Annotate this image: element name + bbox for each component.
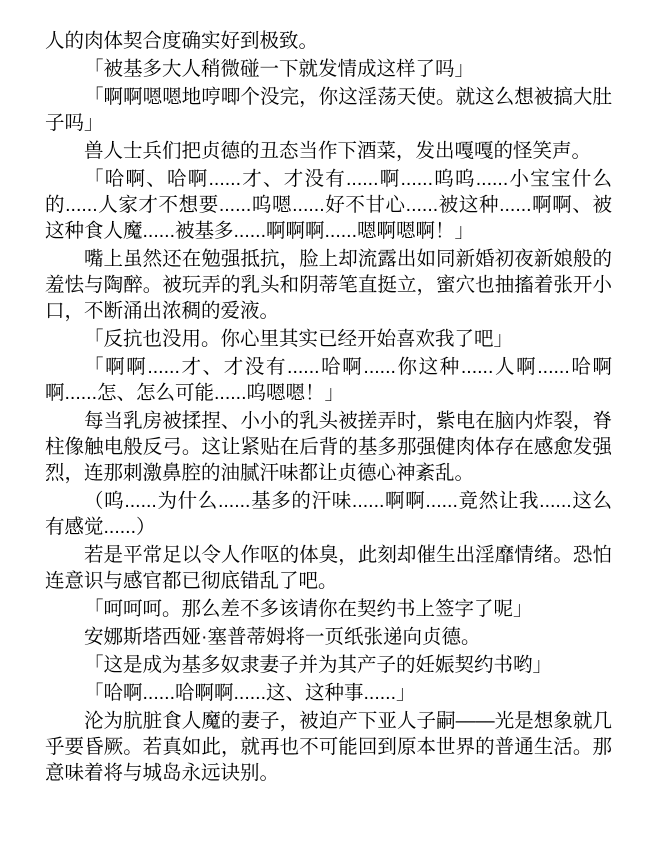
paragraph-thought: （呜......为什么......基多的汗味......啊啊......竟然让我…: [45, 488, 612, 540]
paragraph-dialogue: 「啊啊嗯嗯地哼唧个没完，你这淫荡天使。就这么想被搞大肚子吗」: [45, 84, 612, 136]
paragraph-dialogue: 「哈啊......哈啊啊......这、这种事......」: [45, 680, 612, 706]
paragraph-dialogue: 「反抗也没用。你心里其实已经开始喜欢我了吧」: [45, 326, 612, 352]
paragraph-dialogue: 「哈啊、哈啊......才、才没有......啊......呜呜......小宝…: [45, 166, 612, 244]
paragraph-dialogue: 「这是成为基多奴隶妻子并为其产子的妊娠契约书哟」: [45, 652, 612, 678]
paragraph-narration: 若是平常足以令人作呕的体臭，此刻却催生出淫靡情绪。恐怕连意识与感官都已彻底错乱了…: [45, 542, 612, 594]
paragraph-narration: 嘴上虽然还在勉强抵抗，脸上却流露出如同新婚初夜新娘般的羞怯与陶醉。被玩弄的乳头和…: [45, 246, 612, 324]
paragraph-narration: 安娜斯塔西娅·塞普蒂姆将一页纸张递向贞德。: [45, 624, 612, 650]
paragraph-narration: 每当乳房被揉捏、小小的乳头被搓弄时，紫电在脑内炸裂，脊柱像触电般反弓。这让紧贴在…: [45, 408, 612, 486]
paragraph-narration: 人的肉体契合度确实好到极致。: [45, 28, 612, 54]
text-column: 人的肉体契合度确实好到极致。「被基多大人稍微碰一下就发情成这样了吗」「啊啊嗯嗯地…: [45, 28, 612, 786]
paragraph-dialogue: 「啊啊......才、才没有......哈啊......你这种......人啊.…: [45, 354, 612, 406]
paragraph-dialogue: 「被基多大人稍微碰一下就发情成这样了吗」: [45, 56, 612, 82]
paragraph-dialogue: 「呵呵呵。那么差不多该请你在契约书上签字了呢」: [45, 596, 612, 622]
novel-page: 人的肉体契合度确实好到极致。「被基多大人稍微碰一下就发情成这样了吗」「啊啊嗯嗯地…: [0, 0, 650, 850]
paragraph-narration: 沦为肮脏食人魔的妻子，被迫产下亚人子嗣——光是想象就几乎要昏厥。若真如此，就再也…: [45, 708, 612, 786]
paragraph-narration: 兽人士兵们把贞德的丑态当作下酒菜，发出嘎嘎的怪笑声。: [45, 138, 612, 164]
